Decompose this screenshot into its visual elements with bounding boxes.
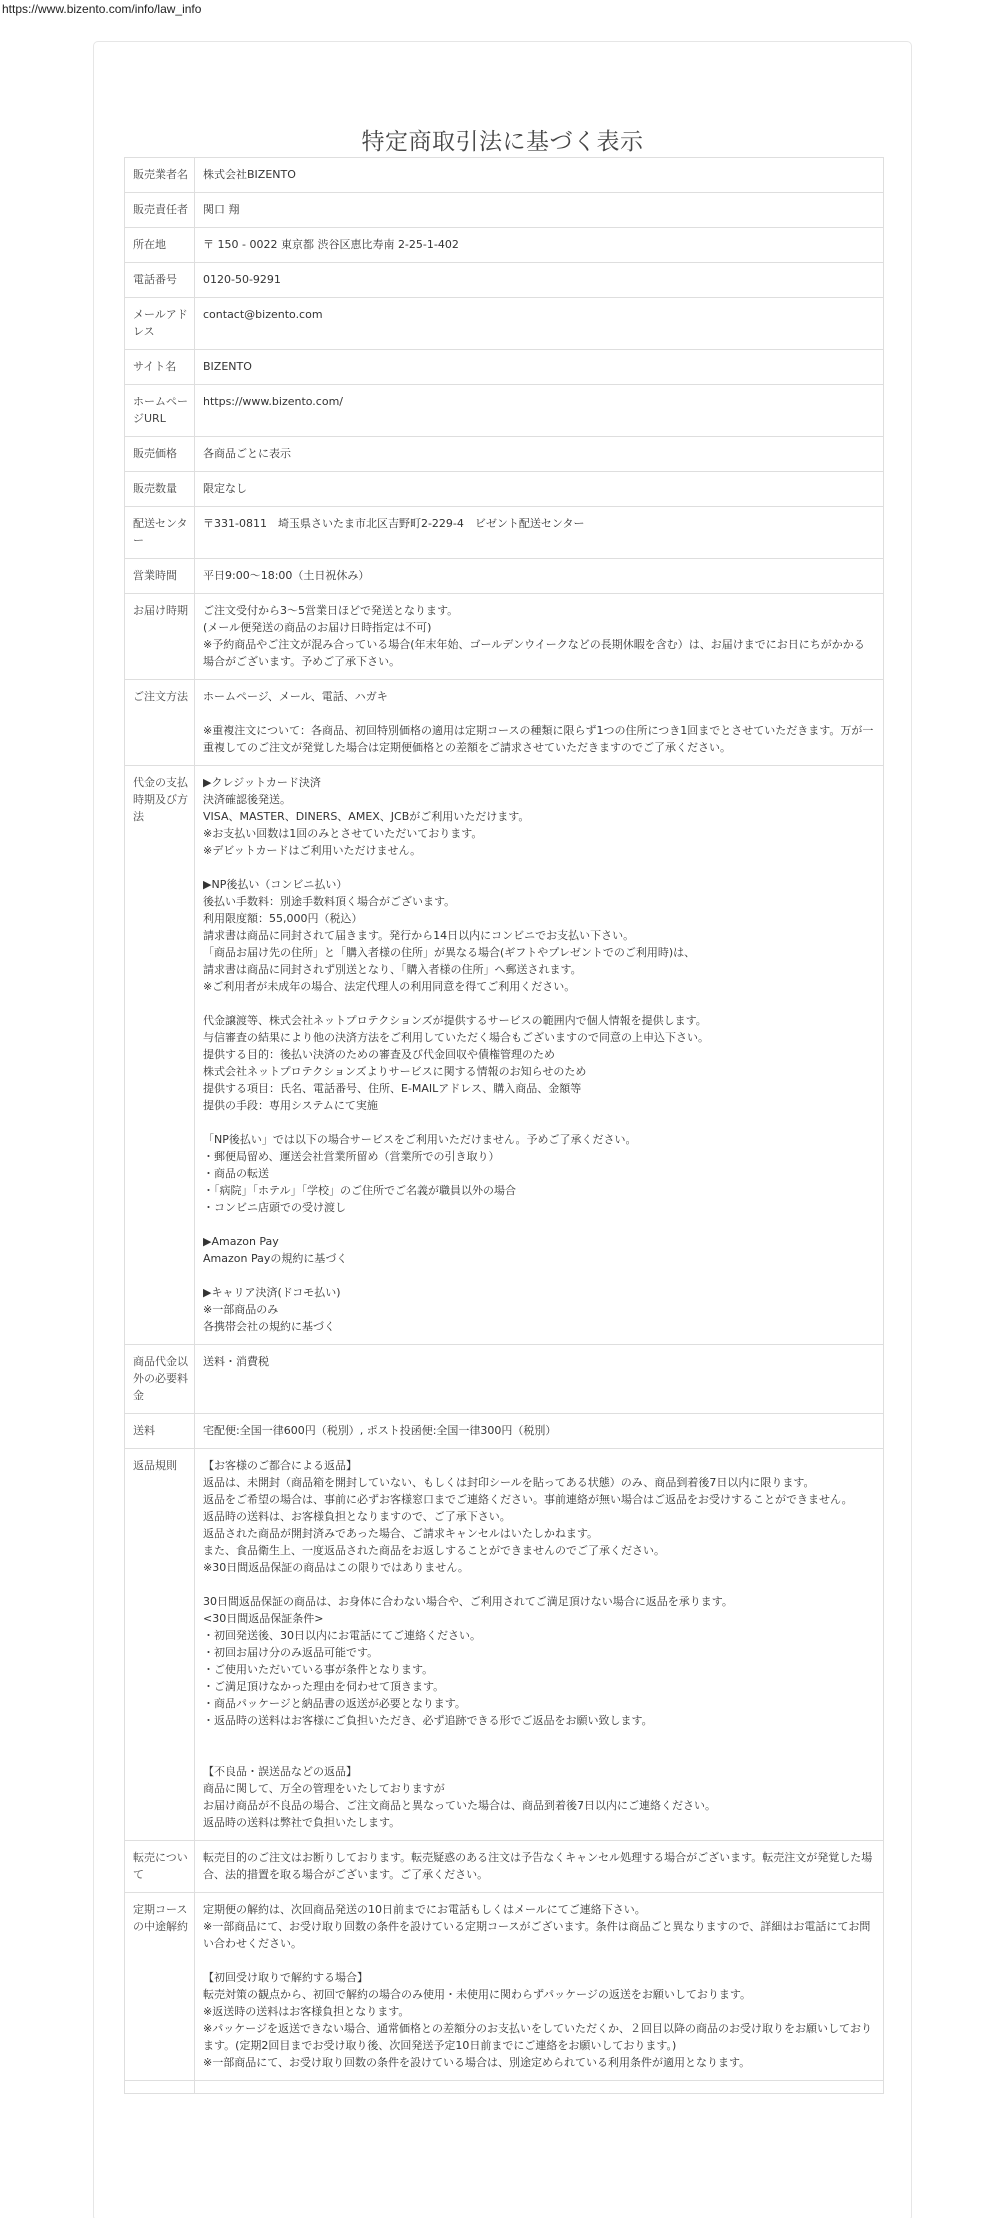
table-row-manager: 販売責任者 関口 翔 bbox=[125, 193, 884, 228]
row-label: 販売責任者 bbox=[125, 193, 195, 228]
row-label: 販売業者名 bbox=[125, 158, 195, 193]
row-label bbox=[125, 2081, 195, 2094]
table-row-quantity: 販売数量 限定なし bbox=[125, 472, 884, 507]
row-value: ご注文受付から3〜5営業日ほどで発送となります。 (メール便発送の商品のお届け日… bbox=[195, 594, 884, 680]
row-value: ▶クレジットカード決済 決済確認後発送。 VISA、MASTER、DINERS、… bbox=[195, 766, 884, 1345]
row-label: 送料 bbox=[125, 1414, 195, 1449]
row-label: 所在地 bbox=[125, 228, 195, 263]
row-label: 販売価格 bbox=[125, 437, 195, 472]
row-value bbox=[195, 2081, 884, 2094]
row-label: 販売数量 bbox=[125, 472, 195, 507]
table-row-payment: 代金の支払時期及び方法 ▶クレジットカード決済 決済確認後発送。 VISA、MA… bbox=[125, 766, 884, 1345]
row-value: 転売目的のご注文はお断りしております。転売疑惑のある注文は予告なくキャンセル処理… bbox=[195, 1841, 884, 1893]
table-row-empty bbox=[125, 2081, 884, 2094]
row-label: ご注文方法 bbox=[125, 680, 195, 766]
row-label: 転売について bbox=[125, 1841, 195, 1893]
row-value: 〒 150 - 0022 東京都 渋谷区恵比寿南 2-25-1-402 bbox=[195, 228, 884, 263]
row-value: 送料・消費税 bbox=[195, 1345, 884, 1414]
row-value: ホームページ、メール、電話、ハガキ ※重複注文について：各商品、初回特別価格の適… bbox=[195, 680, 884, 766]
row-value: 関口 翔 bbox=[195, 193, 884, 228]
row-label: メールアドレス bbox=[125, 298, 195, 350]
row-label: 配送センター bbox=[125, 507, 195, 559]
table-row-shipping: 送料 宅配便:全国一律600円（税別）, ポスト投函便:全国一律300円（税別） bbox=[125, 1414, 884, 1449]
table-row-phone: 電話番号 0120-50-9291 bbox=[125, 263, 884, 298]
table-row-price: 販売価格 各商品ごとに表示 bbox=[125, 437, 884, 472]
row-label: ホームページURL bbox=[125, 385, 195, 437]
table-row-subscription-cancel: 定期コースの中途解約 定期便の解約は、次回商品発送の10日前までにお電話もしくは… bbox=[125, 1893, 884, 2081]
page-title: 特定商取引法に基づく表示 bbox=[94, 123, 911, 156]
table-row-returns: 返品規則 【お客様のご都合による返品】 返品は、未開封（商品箱を開封していない、… bbox=[125, 1449, 884, 1841]
row-value: 限定なし bbox=[195, 472, 884, 507]
law-info-table: 販売業者名 株式会社BIZENTO 販売責任者 関口 翔 所在地 〒 150 -… bbox=[124, 157, 884, 2094]
row-label: 定期コースの中途解約 bbox=[125, 1893, 195, 2081]
table-row-delivery-time: お届け時期 ご注文受付から3〜5営業日ほどで発送となります。 (メール便発送の商… bbox=[125, 594, 884, 680]
row-value: 【お客様のご都合による返品】 返品は、未開封（商品箱を開封していない、もしくは封… bbox=[195, 1449, 884, 1841]
table-row-resale: 転売について 転売目的のご注文はお断りしております。転売疑惑のある注文は予告なく… bbox=[125, 1841, 884, 1893]
table-row-additional-fees: 商品代金以外の必要料金 送料・消費税 bbox=[125, 1345, 884, 1414]
row-label: お届け時期 bbox=[125, 594, 195, 680]
table-row-business-hours: 営業時間 平日9:00〜18:00（土日祝休み） bbox=[125, 559, 884, 594]
table-row-address: 所在地 〒 150 - 0022 東京都 渋谷区恵比寿南 2-25-1-402 bbox=[125, 228, 884, 263]
table-row-homepage: ホームページURL https://www.bizento.com/ bbox=[125, 385, 884, 437]
row-label: 代金の支払時期及び方法 bbox=[125, 766, 195, 1345]
row-label: サイト名 bbox=[125, 350, 195, 385]
row-value: 株式会社BIZENTO bbox=[195, 158, 884, 193]
row-value: BIZENTO bbox=[195, 350, 884, 385]
table-row-delivery-center: 配送センター 〒331-0811 埼玉県さいたま市北区吉野町2-229-4 ビゼ… bbox=[125, 507, 884, 559]
row-value: 平日9:00〜18:00（土日祝休み） bbox=[195, 559, 884, 594]
row-value: 〒331-0811 埼玉県さいたま市北区吉野町2-229-4 ビゼント配送センタ… bbox=[195, 507, 884, 559]
row-label: 返品規則 bbox=[125, 1449, 195, 1841]
row-value: 0120-50-9291 bbox=[195, 263, 884, 298]
row-label: 営業時間 bbox=[125, 559, 195, 594]
row-value: 宅配便:全国一律600円（税別）, ポスト投函便:全国一律300円（税別） bbox=[195, 1414, 884, 1449]
content-card: 特定商取引法に基づく表示 販売業者名 株式会社BIZENTO 販売責任者 関口 … bbox=[93, 41, 912, 2218]
homepage-link[interactable]: https://www.bizento.com/ bbox=[195, 385, 884, 437]
table-row-site-name: サイト名 BIZENTO bbox=[125, 350, 884, 385]
row-label: 商品代金以外の必要料金 bbox=[125, 1345, 195, 1414]
table-row-order-method: ご注文方法 ホームページ、メール、電話、ハガキ ※重複注文について：各商品、初回… bbox=[125, 680, 884, 766]
table-row-email: メールアドレス contact@bizento.com bbox=[125, 298, 884, 350]
row-label: 電話番号 bbox=[125, 263, 195, 298]
row-value: 定期便の解約は、次回商品発送の10日前までにお電話もしくはメールにてご連絡下さい… bbox=[195, 1893, 884, 2081]
page-url: https://www.bizento.com/info/law_info bbox=[2, 2, 201, 16]
email-link[interactable]: contact@bizento.com bbox=[195, 298, 884, 350]
row-value: 各商品ごとに表示 bbox=[195, 437, 884, 472]
table-row-seller: 販売業者名 株式会社BIZENTO bbox=[125, 158, 884, 193]
